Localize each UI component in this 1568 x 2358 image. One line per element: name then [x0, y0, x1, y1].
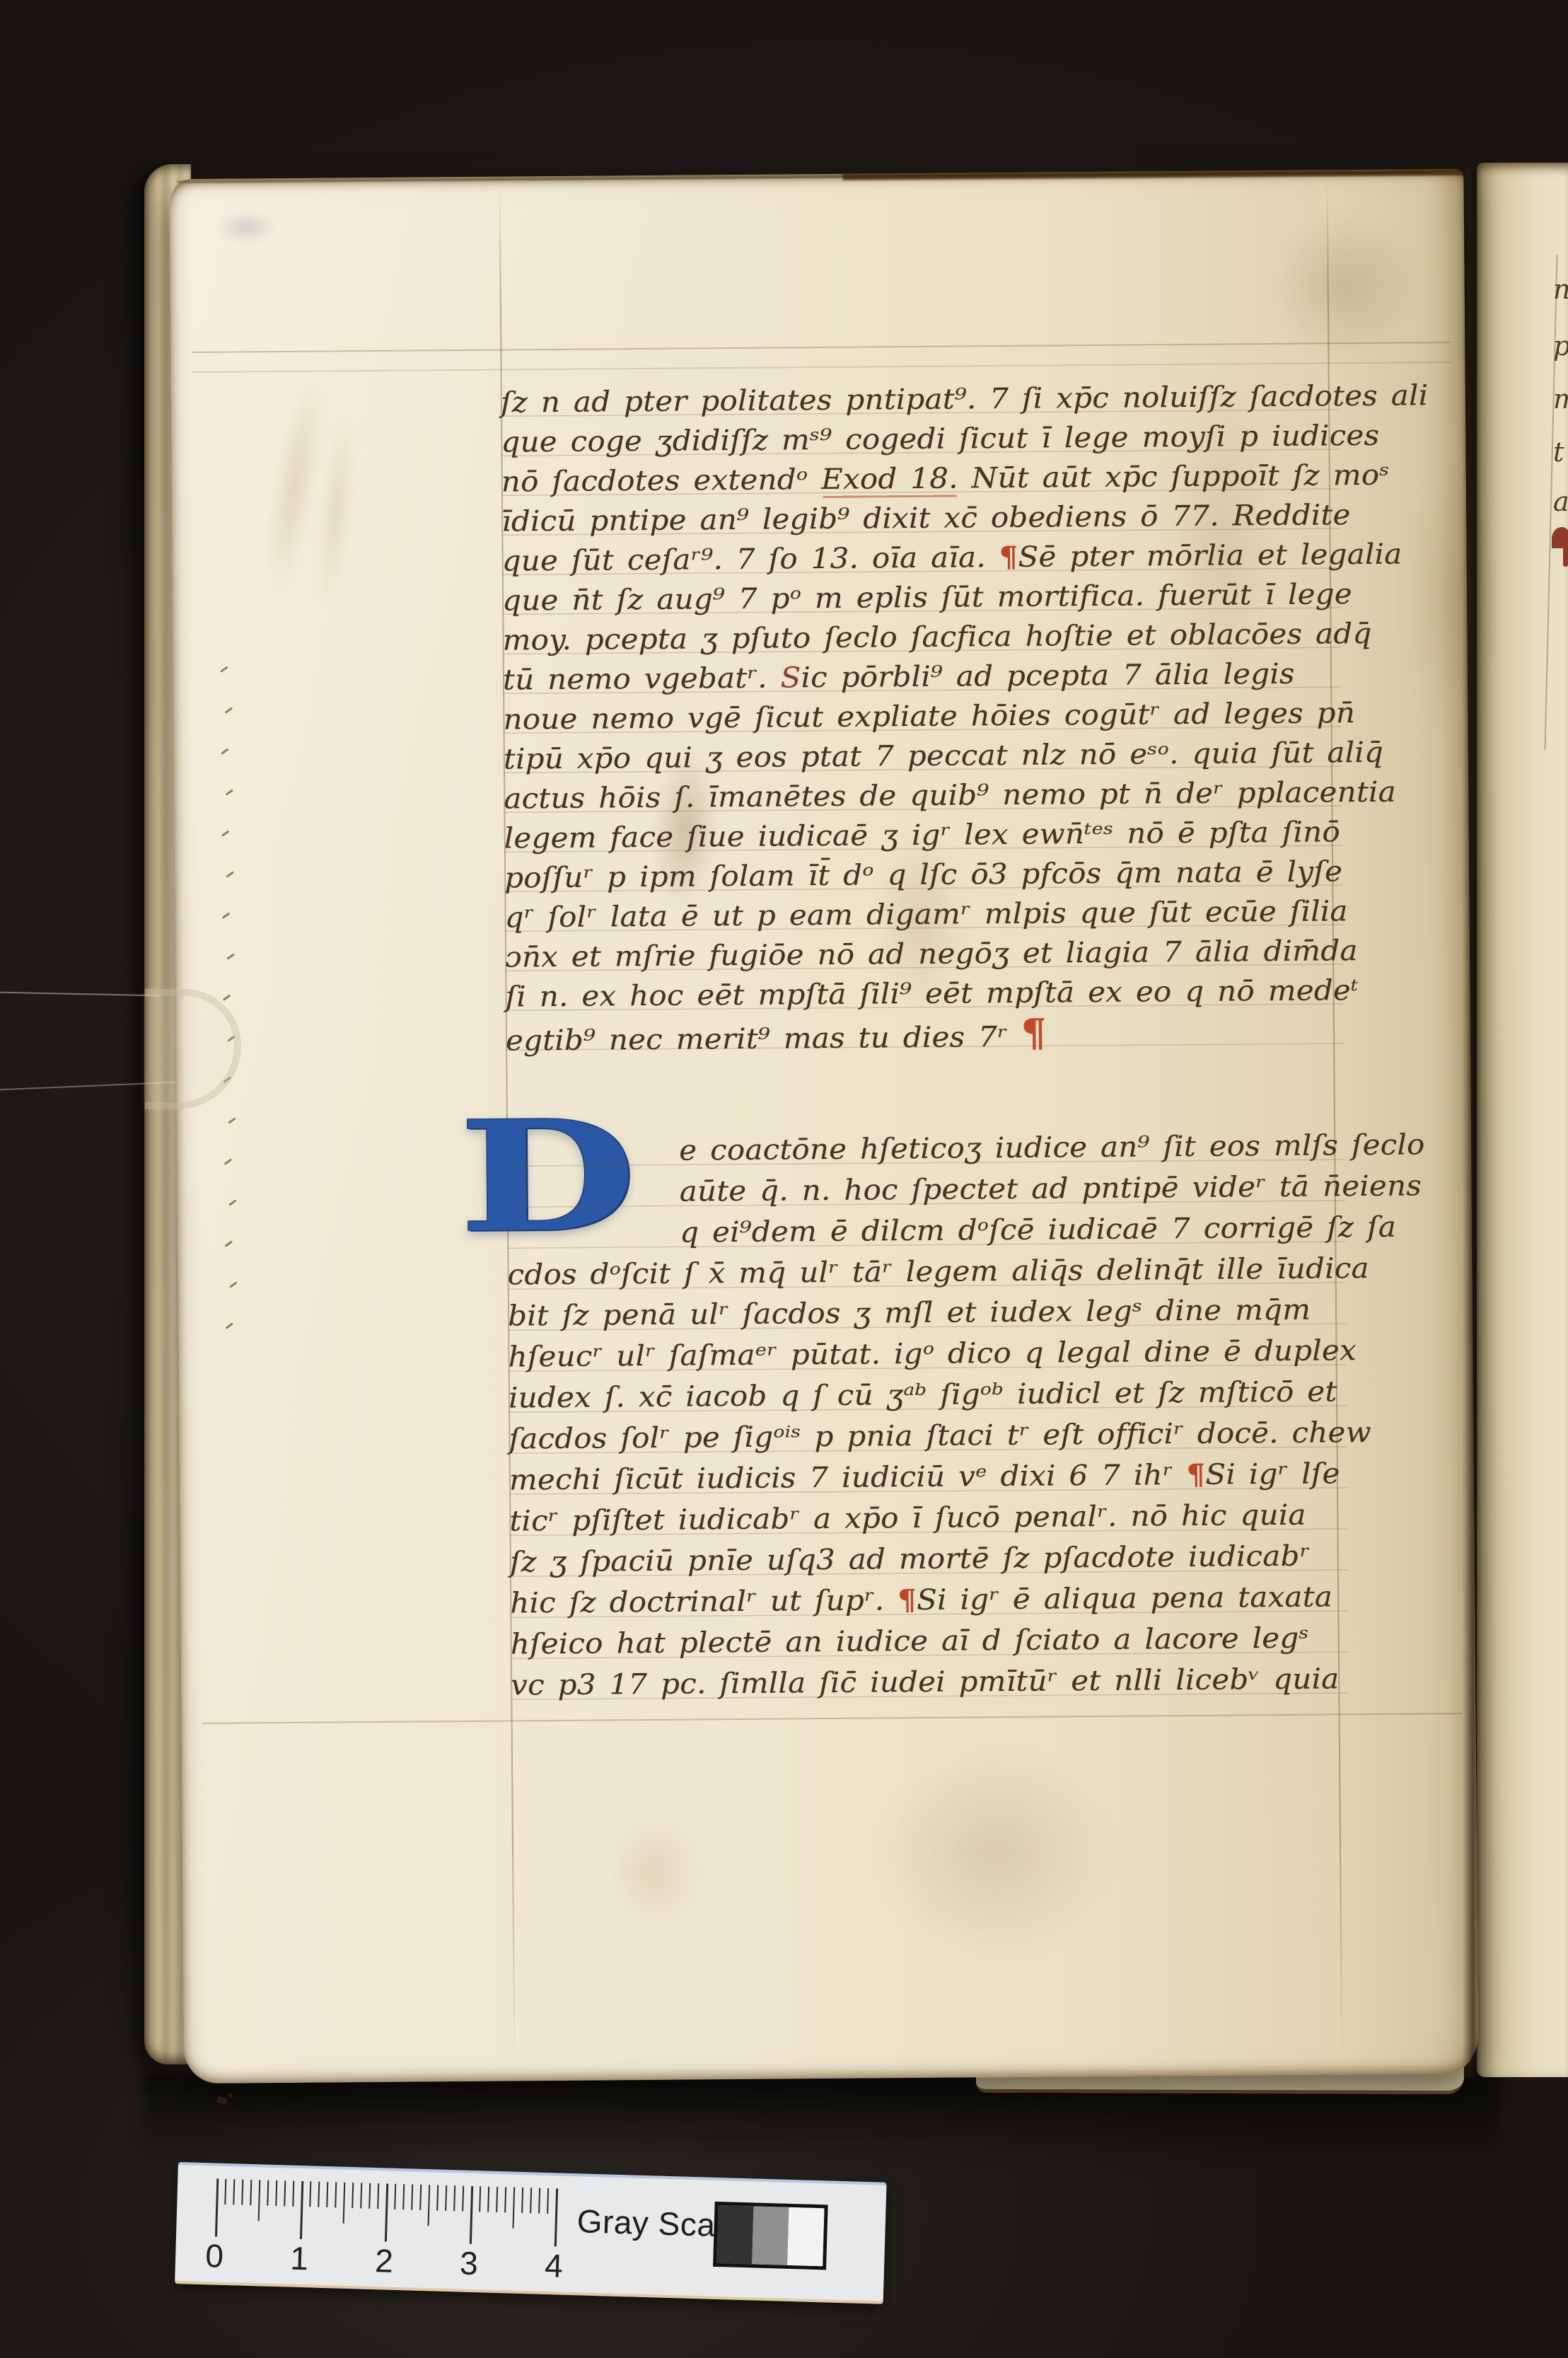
ruler-tick [275, 2180, 277, 2206]
prick-mark [222, 912, 231, 918]
text-line: noue nemo vgē ſicut expliate hōies cogūt… [503, 693, 1355, 739]
clip-filament-line [0, 992, 160, 997]
text-segment: ticʳ pſiſtet iudicabʳ a xp̄o ī ſucō pena… [509, 1499, 1306, 1538]
text-segment: tū nemo vgebatʳ. [503, 661, 781, 696]
bottom-margin-ruling-line [203, 1713, 1462, 1724]
ruler-tick [402, 2184, 405, 2209]
text-line: que n̄t ſz aug⁹ 7 pᵒ m eplis ſūt mortifi… [502, 574, 1352, 620]
gray-patch-mid [752, 2206, 789, 2265]
ruler-tick [326, 2182, 328, 2207]
ruler-ticks [178, 2162, 887, 2183]
paraph-stem [1563, 531, 1568, 567]
prick-mark [224, 1158, 233, 1164]
text-line: legem face ſiue iudicaē ʒ igʳ lex ewn̄ᵗᵉ… [504, 812, 1341, 858]
text-line: tipū xp̄o qui ʒ eos ptat 7 peccat nlz nō… [504, 733, 1384, 780]
facing-page-sliver: nuſpemta [1477, 163, 1568, 2077]
stain [1270, 212, 1419, 362]
prick-mark [221, 830, 230, 836]
ruler-number: 1 [290, 2242, 309, 2275]
text-segment: egtib⁹ nec merit⁹ mas tu dies 7ʳ [506, 1021, 1021, 1058]
ruler-tick [385, 2183, 388, 2241]
ruler-tick [436, 2185, 439, 2211]
ruler-tick [309, 2181, 311, 2207]
ruler-tick [487, 2187, 489, 2212]
stain [313, 410, 360, 611]
text-segment: qʳ ſolʳ lata ē ut p eam digamʳ mlpis que… [504, 895, 1347, 934]
text-segment: aūte q̄. n. hoc ſpectet ad pntipē videʳ … [680, 1169, 1422, 1208]
facing-page-text-fragment: t [1553, 439, 1564, 466]
text-line: ſz ʒ ſpaciū pnīe uſq3 ad mortē ſz pſacdo… [510, 1536, 1311, 1583]
ruler-card: 01234 Gray Scale [175, 2162, 887, 2304]
text-segment: Si igʳ lſe [1205, 1457, 1340, 1491]
ruler-tick [496, 2187, 498, 2212]
top-margin-ruling-line2 [192, 362, 1451, 373]
text-segment: actus hōis ſ. īmanētes de quib⁹ nemo pt … [504, 776, 1396, 816]
text-block-paragraph-2: e coactōne hſeticoʒ iudice an⁹ ſit eos m… [506, 1125, 1349, 1706]
text-line: mechi ſicūt iudicis 7 iudiciū vᵉ dixi 6 … [509, 1453, 1340, 1501]
gray-patch-dark [716, 2205, 753, 2264]
text-segment: ɔn̄x et mſrie fugiōe nō ad negōʒ et liag… [505, 935, 1358, 973]
text-line: que ſūt ceſaʳ⁹. 7 ſo 13. oīa aīa. ¶Sē pt… [501, 535, 1402, 582]
text-segment: S [780, 661, 801, 694]
prick-mark [223, 994, 231, 1000]
ruler-tick [521, 2187, 523, 2213]
text-segment: mechi ſicūt iudicis 7 iudiciū vᵉ dixi 6 … [509, 1459, 1187, 1497]
ruler-tick [233, 2179, 235, 2204]
pilcrow-mark: ¶ [1186, 1458, 1205, 1491]
text-block-paragraph-1: ſz n ad pter politates pntipat⁹. 7 ſi xp… [501, 376, 1344, 1056]
red-paraph-mark [1552, 527, 1568, 567]
text-segment: noue nemo vgē ſicut expliate hōies cogūt… [503, 697, 1355, 736]
ruler-tick [284, 2180, 286, 2206]
text-segment: Nūt aūt xp̄c ſuppoīt ſz moˢ [958, 459, 1390, 495]
ruler-tick [453, 2185, 455, 2211]
top-edge-burn [842, 169, 1463, 180]
text-line: q ei⁹dem ē dilcm dᵒſcē iudicaē 7 corrigē… [680, 1207, 1396, 1254]
text-line: poſſuʳ p ipm ſolam īt̄ dᵒ q lſc ō3 pfcōs… [504, 852, 1342, 898]
text-line: ſi n. ex hoc eēt mpſtā ſili⁹ eēt mpſtā e… [505, 971, 1358, 1017]
facing-page-text-fragment: pe [1553, 333, 1568, 359]
ruler-tick [292, 2181, 294, 2207]
text-line: ſacdos ſolʳ pe ſigᵒⁱˢ p pnia ſtaci tʳ eſ… [509, 1412, 1371, 1460]
text-segment: que coge ʒdidiſſz mˢ⁹ cogedi ſicut ī leg… [501, 420, 1379, 459]
ruler-tick [445, 2185, 447, 2211]
ruler-numbers: 01234 [178, 2162, 887, 2183]
erased-folio-number-smudge [216, 211, 276, 244]
ruler-tick [318, 2182, 320, 2207]
ruler-tick [241, 2180, 243, 2205]
text-segment: ſz ʒ ſpaciū pnīe uſq3 ad mortē ſz pſacdo… [510, 1540, 1311, 1579]
pilcrow-mark: ¶ [999, 541, 1018, 574]
text-line: hſeico hat plectē an iudice aī d ſciato … [511, 1618, 1310, 1665]
ruler-number: 3 [460, 2247, 479, 2280]
text-segment: ſacdos ſolʳ pe ſigᵒⁱˢ p pnia ſtaci tʳ eſ… [509, 1416, 1371, 1456]
pilcrow-mark: ¶ [898, 1583, 917, 1617]
stain [871, 1746, 1117, 1960]
ruler-number: 4 [545, 2249, 564, 2282]
facing-page-text-fragment: a [1553, 488, 1568, 515]
prick-mark [229, 1281, 238, 1288]
text-line: ſz n ad pter politates pntipat⁹. 7 ſi xp… [501, 376, 1429, 422]
ruler-tick [343, 2183, 346, 2224]
text-line: īdicū pntipe an⁹ legib⁹ dixit xc̄ obedie… [501, 495, 1351, 541]
ruler-tick [504, 2187, 506, 2212]
pilcrow-mark: ¶ [1021, 1010, 1047, 1056]
text-line: ɔn̄x et mſrie fugiōe nō ad negōʒ et liag… [505, 931, 1358, 977]
ruler-tick [462, 2186, 464, 2212]
text-segment: bit ſz penā ulʳ ſacdos ʒ mſl et iudex le… [508, 1294, 1311, 1333]
text-line: ticʳ pſiſtet iudicabʳ a xp̄o ī ſucō pena… [509, 1495, 1306, 1542]
ruler-tick [300, 2181, 303, 2239]
text-line: moy. pcepta ʒ pſuto ſeclo ſacfica hoſtie… [502, 614, 1371, 661]
ruler-tick [267, 2180, 269, 2206]
ruler-tick [368, 2183, 371, 2209]
text-segment: cdos dᵒſcit ſ x̄ mq̄ ulʳ tāʳ legem aliq̄… [507, 1252, 1369, 1292]
text-line: hſeucʳ ulʳ ſaſmaᵉʳ pūtat. igᵒ dico q leg… [508, 1330, 1357, 1377]
top-margin-ruling-line [192, 342, 1451, 353]
prick-mark [225, 1240, 233, 1247]
ruler-tick [352, 2183, 354, 2208]
manuscript-photograph: nuſpemta ſz n ad p [0, 0, 1568, 2358]
text-line: tū nemo vgebatʳ. Sic pōrbli⁹ ad pcepta 7… [503, 654, 1295, 700]
text-line: cdos dᵒſcit ſ x̄ mq̄ ulʳ tāʳ legem aliq̄… [507, 1248, 1369, 1296]
stain [607, 1816, 703, 1926]
text-line: que coge ʒdidiſſz mˢ⁹ cogedi ſicut ī leg… [501, 416, 1379, 463]
ruler-tick [394, 2184, 396, 2209]
text-line: vc p3 17 pc. ſimlla ſic̄ iudei pmītūʳ et… [511, 1658, 1340, 1706]
ruler-tick [547, 2188, 549, 2214]
prick-mark [225, 707, 233, 713]
text-segment: legem face ſiue iudicaē ʒ igʳ lex ewn̄ᵗᵉ… [504, 816, 1340, 855]
text-line: e coactōne hſeticoʒ iudice an⁹ ſit eos m… [679, 1124, 1425, 1171]
ruler-tick [479, 2186, 481, 2212]
ruler-tick [538, 2188, 540, 2214]
stain [257, 374, 333, 597]
text-segment: Sē pter mōrlia et legalia [1018, 538, 1402, 574]
prick-mark [221, 748, 229, 754]
text-segment: ic pōrbli⁹ ad pcepta 7 ālia legis [801, 658, 1294, 694]
ruler-tick [512, 2187, 515, 2229]
text-segment: hſeico hat plectē an iudice aī d ſciato … [511, 1622, 1309, 1661]
text-segment: ſz n ad pter politates pntipat⁹. 7 ſi xp… [501, 379, 1429, 419]
text-segment: tipū xp̄o qui ʒ eos ptat 7 peccat nlz nō… [504, 736, 1383, 776]
prick-mark [225, 1322, 233, 1329]
text-line: nō ſacdotes extendᵒ Exod 18. Nūt aūt xp̄… [501, 456, 1390, 502]
text-line: egtib⁹ nec merit⁹ mas tu dies 7ʳ ¶ [506, 1013, 1047, 1061]
text-line: hic ſz doctrinalʳ ut ſupʳ. ¶Si igʳ ē ali… [510, 1576, 1332, 1624]
text-segment: que ſūt ceſaʳ⁹. 7 ſo 13. oīa aīa. [502, 541, 999, 578]
text-segment: hſeucʳ ulʳ ſaſmaᵉʳ pūtat. igᵒ dico q leg… [508, 1334, 1357, 1373]
text-line: aūte q̄. n. hoc ſpectet ad pntipē videʳ … [679, 1165, 1422, 1212]
text-segment: q ei⁹dem ē dilcm dᵒſcē iudicaē 7 corrigē… [680, 1211, 1396, 1249]
gray-scale-patches [713, 2202, 828, 2270]
ruler-tick [411, 2185, 413, 2210]
prick-mark [220, 666, 228, 672]
text-segment: e coactōne hſeticoʒ iudice an⁹ ſit eos m… [679, 1128, 1425, 1167]
ruler-tick [250, 2180, 252, 2205]
gutter-crease [1463, 167, 1480, 2077]
prick-mark [226, 871, 234, 877]
ink-speck [228, 2093, 233, 2098]
text-segment: īdicū pntipe an⁹ legib⁹ dixit xc̄ obedie… [501, 499, 1351, 538]
ruler-tick [377, 2183, 379, 2209]
prick-mark [226, 953, 235, 959]
ruler-tick [258, 2180, 261, 2221]
text-line: actus hōis ſ. īmanētes de quib⁹ nemo pt … [504, 773, 1396, 819]
ruler-tick [530, 2187, 532, 2213]
text-segment: ſi n. ex hoc eēt mpſtā ſili⁹ eēt mpſtā e… [505, 974, 1358, 1013]
ruler-tick [419, 2185, 422, 2210]
ruler-number: 0 [205, 2239, 224, 2272]
text-segment: vc p3 17 pc. ſimlla ſic̄ iudei pmītūʳ et… [511, 1663, 1340, 1701]
text-segment: que n̄t ſz aug⁹ 7 pᵒ m eplis ſūt mortifi… [502, 578, 1352, 617]
text-segment: moy. pcepta ʒ pſuto ſeclo ſacfica hoſtie… [502, 618, 1371, 657]
ruler-number: 2 [375, 2244, 394, 2277]
text-segment: hic ſz doctrinalʳ ut ſupʳ. [510, 1584, 898, 1619]
ruler-tick [360, 2183, 362, 2208]
ruler-tick [428, 2185, 431, 2226]
ruler-tick [224, 2179, 226, 2204]
text-segment: Si igʳ ē aliqua pena taxata [917, 1580, 1332, 1617]
ruler-tick [470, 2186, 473, 2244]
text-line: qʳ ſolʳ lata ē ut p eam digamʳ mlpis que… [504, 891, 1347, 937]
prick-mark [228, 1199, 237, 1206]
text-segment: iudex ſ. xc̄ iacob q ſ cū ʒᵃᵇ ſigᵒᵇ iudi… [509, 1375, 1337, 1414]
facing-page-text-fragment: m [1553, 386, 1568, 412]
text-line: bit ſz penā ulʳ ſacdos ʒ mſl et iudex le… [508, 1290, 1311, 1337]
ruler-tick [215, 2179, 219, 2237]
manuscript-page: ſz n ad pter politates pntipat⁹. 7 ſi xp… [169, 169, 1478, 2084]
text-segment: poſſuʳ p ipm ſolam īt̄ dᵒ q lſc ō3 pfcōs… [504, 855, 1342, 894]
text-segment: nō ſacdotes extendᵒ [501, 463, 822, 499]
facing-page-text-fragment: nuſ [1553, 276, 1568, 303]
ruler-tick [335, 2182, 337, 2207]
text-segment: Exod 18. [821, 462, 958, 496]
prick-mark [226, 789, 234, 795]
ruler-tick [554, 2188, 558, 2246]
prick-mark [228, 1117, 236, 1123]
gray-patch-white [787, 2207, 824, 2266]
text-line: iudex ſ. xc̄ iacob q ſ cū ʒᵃᵇ ſigᵒᵇ iudi… [509, 1371, 1337, 1418]
